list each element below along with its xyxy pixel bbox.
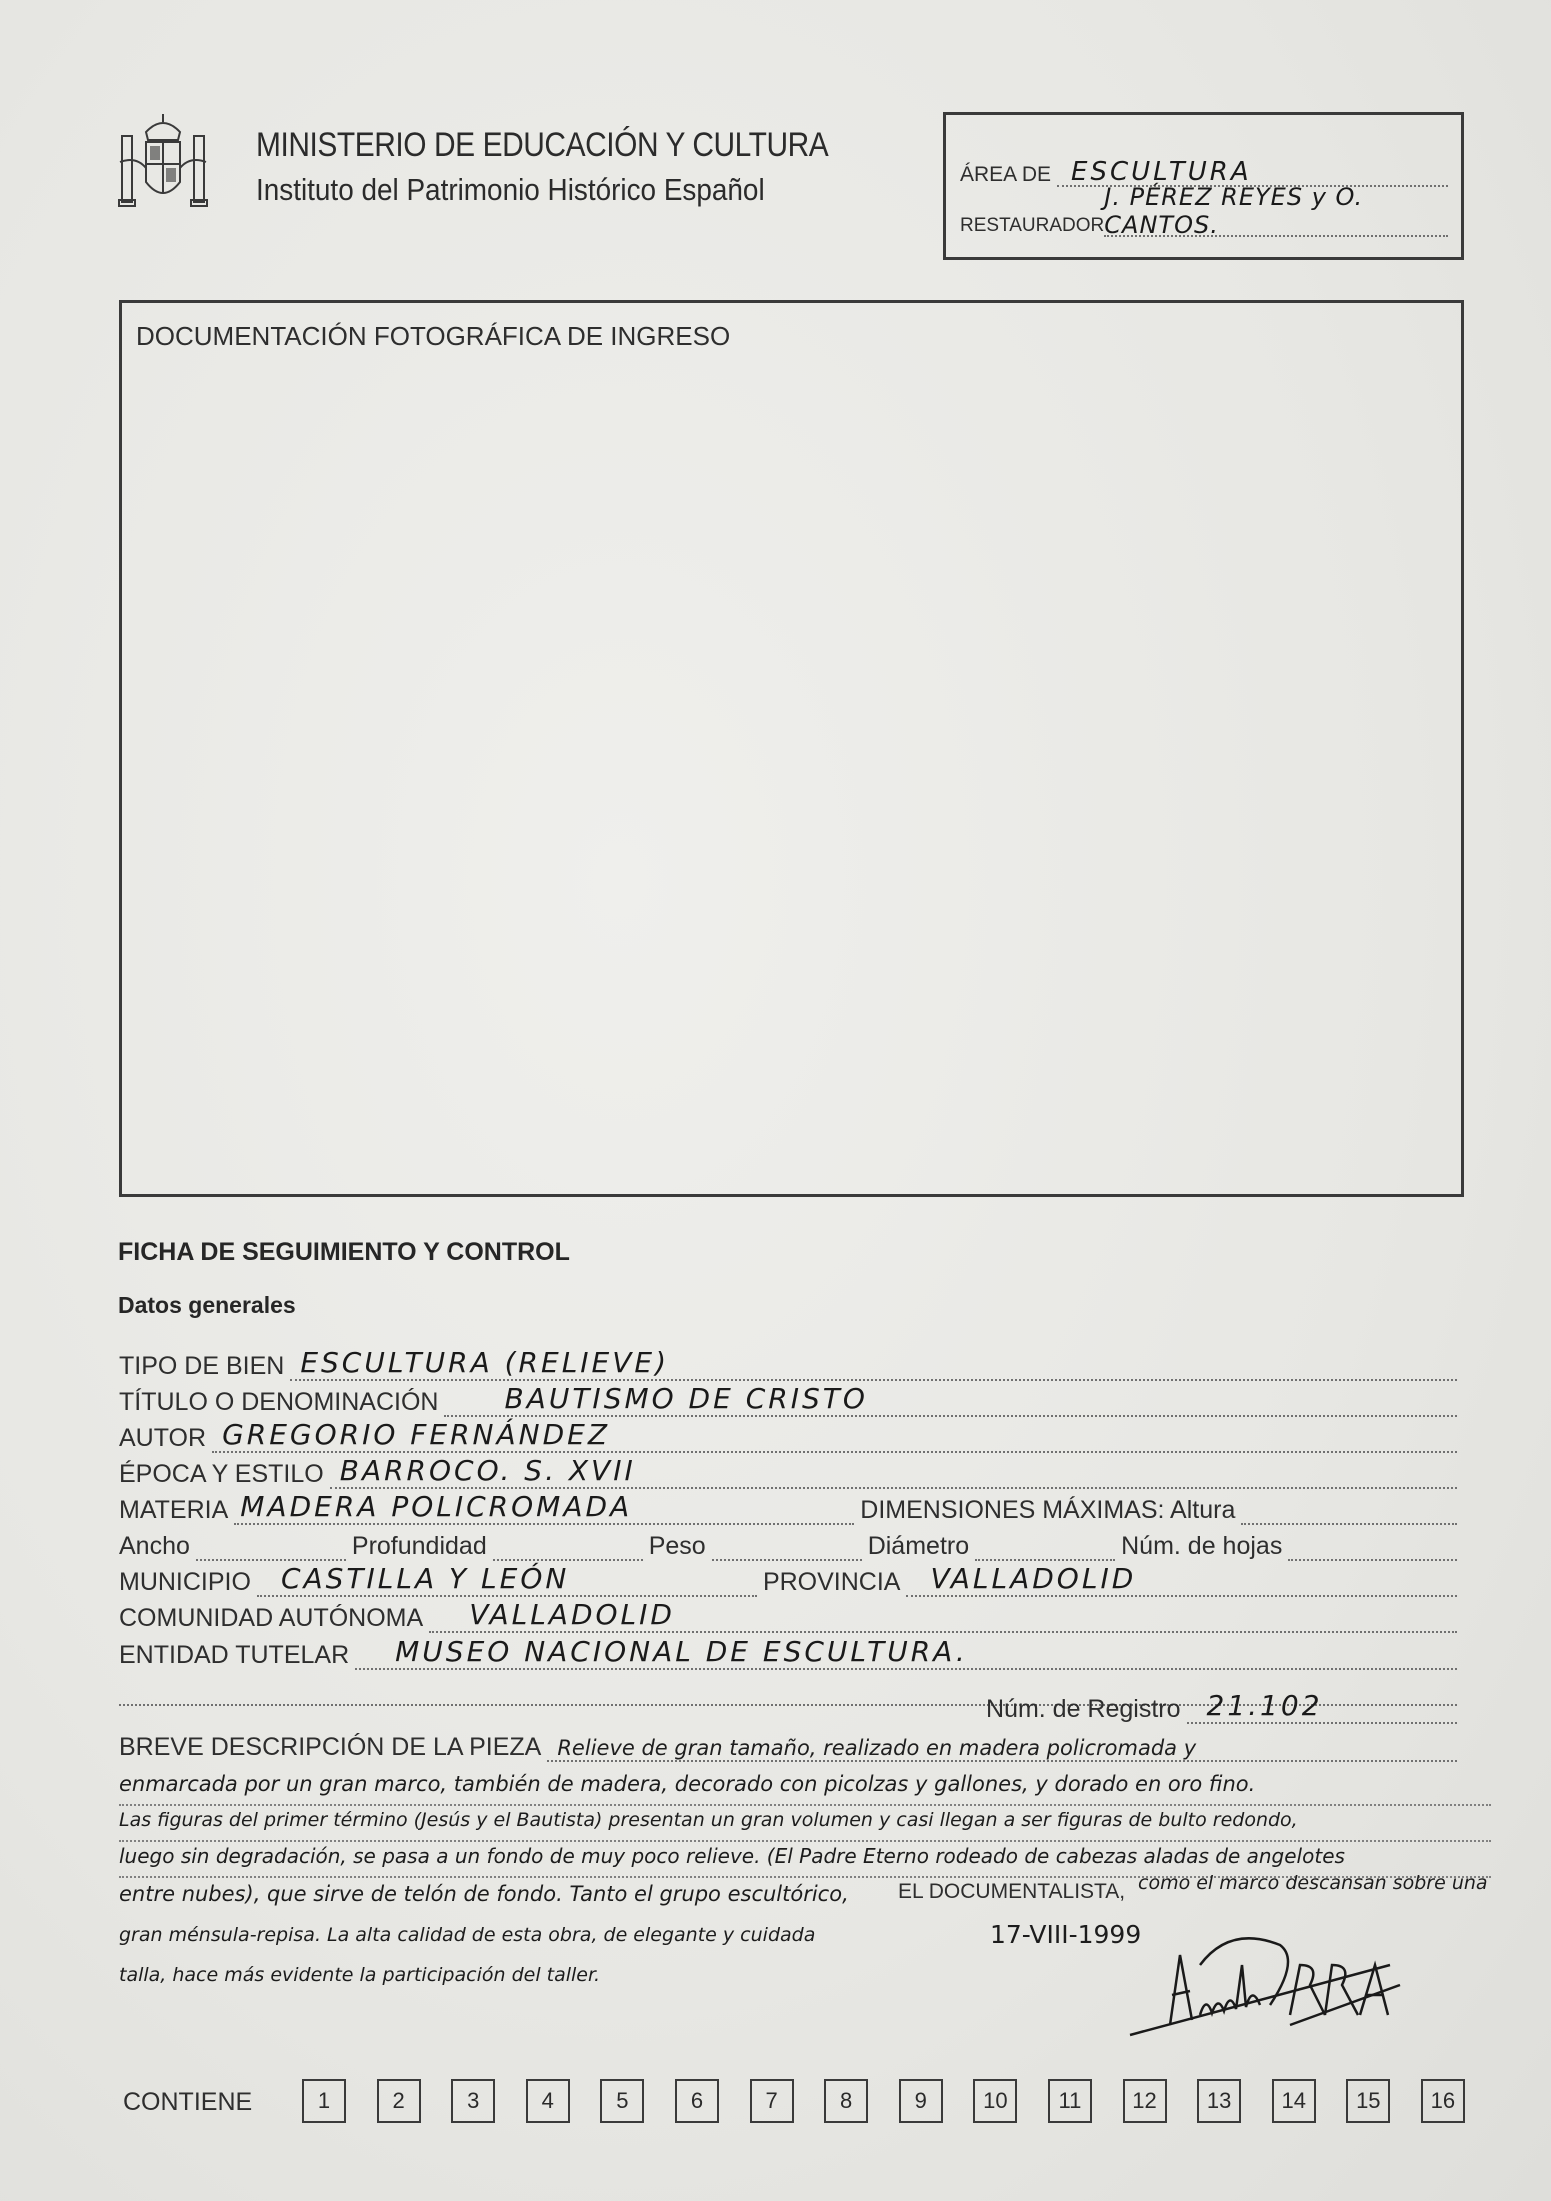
area-label: ÁREA DE [960,163,1051,187]
contiene-box-13[interactable]: 13 [1197,2079,1241,2123]
registro-row: Núm. de Registro 21.102 [640,1690,1457,1724]
comunidad-value: VALLADOLID [469,1598,675,1631]
municipio-label: MUNICIPIO [119,1568,251,1597]
entidad-label: ENTIDAD TUTELAR [119,1641,349,1670]
ministry-title: MINISTERIO DE EDUCACIÓN Y CULTURA [256,126,828,165]
restaurador-label: RESTAURADOR [960,215,1104,237]
restaurador-value: J. PÉREZ REYES y O. CANTOS. [1104,183,1448,239]
epoca-label: ÉPOCA Y ESTILO [119,1460,324,1489]
ancho-field[interactable] [196,1529,346,1561]
peso-label: Peso [649,1532,706,1561]
diametro-field[interactable] [975,1529,1115,1561]
contiene-box-9[interactable]: 9 [899,2079,943,2123]
titulo-field[interactable]: BAUTISMO DE CRISTO [444,1385,1457,1417]
materia-value: MADERA POLICROMADA [240,1490,632,1523]
descripcion-label: BREVE DESCRIPCIÓN DE LA PIEZA [119,1733,541,1762]
materia-field[interactable]: MADERA POLICROMADA [234,1493,854,1525]
photo-documentation-area: DOCUMENTACIÓN FOTOGRÁFICA DE INGRESO [119,300,1464,1197]
contiene-boxes: 12345678910111213141516 [302,2079,1496,2123]
tipo-de-bien-value: ESCULTURA (RELIEVE) [300,1346,669,1379]
autor-value: GREGORIO FERNÁNDEZ [222,1418,610,1451]
titulo-row: TÍTULO O DENOMINACIÓN BAUTISMO DE CRISTO [119,1383,1457,1417]
description-line-5: entre nubes), que sirve de telón de fond… [119,1874,849,1914]
tipo-de-bien-row: TIPO DE BIEN ESCULTURA (RELIEVE) [119,1347,1457,1381]
ficha-title: FICHA DE SEGUIMIENTO Y CONTROL [118,1238,570,1267]
contiene-box-15[interactable]: 15 [1346,2079,1390,2123]
entidad-value: MUSEO NACIONAL DE ESCULTURA. [395,1635,968,1668]
municipio-value: CASTILLA Y LEÓN [281,1562,569,1595]
contiene-box-7[interactable]: 7 [750,2079,794,2123]
institute-subtitle: Instituto del Patrimonio Histórico Españ… [256,172,765,208]
contiene-box-8[interactable]: 8 [824,2079,868,2123]
description-line-1: Relieve de gran tamaño, realizado en mad… [557,1736,1196,1760]
contiene-label: CONTIENE [123,2088,252,2117]
signature [1120,1925,1430,2045]
entidad-field[interactable]: MUSEO NACIONAL DE ESCULTURA. [355,1638,1457,1670]
peso-field[interactable] [712,1529,862,1561]
provincia-value: VALLADOLID [930,1562,1136,1595]
area-restaurador-box: ÁREA DE ESCULTURA RESTAURADOR J. PÉREZ R… [943,112,1464,260]
num-hojas-field[interactable] [1288,1529,1457,1561]
titulo-label: TÍTULO O DENOMINACIÓN [119,1388,438,1417]
provincia-field[interactable]: VALLADOLID [906,1565,1457,1597]
tipo-de-bien-field[interactable]: ESCULTURA (RELIEVE) [290,1349,1457,1381]
ancho-label: Ancho [119,1532,190,1561]
profundidad-label: Profundidad [352,1532,487,1561]
datos-generales-heading: Datos generales [118,1292,296,1319]
municipio-row: MUNICIPIO CASTILLA Y LEÓN PROVINCIA VALL… [119,1563,1457,1597]
autor-row: AUTOR GREGORIO FERNÁNDEZ [119,1419,1457,1453]
materia-label: MATERIA [119,1496,228,1525]
profundidad-field[interactable] [493,1529,643,1561]
entidad-row: ENTIDAD TUTELAR MUSEO NACIONAL DE ESCULT… [119,1636,1457,1670]
registro-field[interactable]: 21.102 [1187,1692,1457,1724]
epoca-field[interactable]: BARROCO. S. XVII [330,1457,1457,1489]
altura-field[interactable] [1241,1493,1457,1525]
registro-value: 21.102 [1207,1689,1323,1722]
medidas-row: Ancho Profundidad Peso Diámetro Núm. de … [119,1527,1457,1561]
tipo-de-bien-label: TIPO DE BIEN [119,1352,284,1381]
description-line-7: gran ménsula-repisa. La alta calidad de … [119,1915,815,1955]
titulo-value: BAUTISMO DE CRISTO [504,1382,867,1415]
contiene-box-3[interactable]: 3 [451,2079,495,2123]
materia-row: MATERIA MADERA POLICROMADA DIMENSIONES M… [119,1491,1457,1525]
contiene-box-14[interactable]: 14 [1272,2079,1316,2123]
contiene-box-1[interactable]: 1 [302,2079,346,2123]
autor-label: AUTOR [119,1424,206,1453]
documentalista-date: 17-VIII-1999 [990,1920,1141,1949]
contiene-box-5[interactable]: 5 [600,2079,644,2123]
registro-label: Núm. de Registro [986,1695,1181,1724]
epoca-value: BARROCO. S. XVII [340,1454,636,1487]
contiene-box-12[interactable]: 12 [1123,2079,1167,2123]
epoca-row: ÉPOCA Y ESTILO BARROCO. S. XVII [119,1455,1457,1489]
photo-section-title: DOCUMENTACIÓN FOTOGRÁFICA DE INGRESO [136,321,730,352]
contiene-box-2[interactable]: 2 [377,2079,421,2123]
contiene-box-6[interactable]: 6 [675,2079,719,2123]
documentalista-label: EL DOCUMENTALISTA, [898,1880,1125,1904]
description-line-8: talla, hace más evidente la participació… [119,1955,600,1995]
contiene-box-10[interactable]: 10 [973,2079,1017,2123]
coat-of-arms-icon [116,112,210,212]
contiene-box-16[interactable]: 16 [1421,2079,1465,2123]
descripcion-row: BREVE DESCRIPCIÓN DE LA PIEZA Relieve de… [119,1728,1457,1762]
provincia-label: PROVINCIA [763,1568,901,1597]
contiene-box-11[interactable]: 11 [1048,2079,1092,2123]
comunidad-row: COMUNIDAD AUTÓNOMA VALLADOLID [119,1599,1457,1633]
contiene-box-4[interactable]: 4 [526,2079,570,2123]
autor-field[interactable]: GREGORIO FERNÁNDEZ [212,1421,1457,1453]
num-hojas-label: Núm. de hojas [1121,1532,1282,1561]
dimensiones-label: DIMENSIONES MÁXIMAS: Altura [860,1496,1235,1525]
municipio-field[interactable]: CASTILLA Y LEÓN [257,1565,757,1597]
comunidad-label: COMUNIDAD AUTÓNOMA [119,1604,423,1633]
descripcion-field[interactable]: Relieve de gran tamaño, realizado en mad… [547,1730,1457,1762]
comunidad-field[interactable]: VALLADOLID [429,1601,1457,1633]
restaurador-field[interactable]: J. PÉREZ REYES y O. CANTOS. [1104,207,1448,237]
diametro-label: Diámetro [868,1532,969,1561]
description-line-6: como el marco descansan sobre una [1138,1872,1488,1912]
